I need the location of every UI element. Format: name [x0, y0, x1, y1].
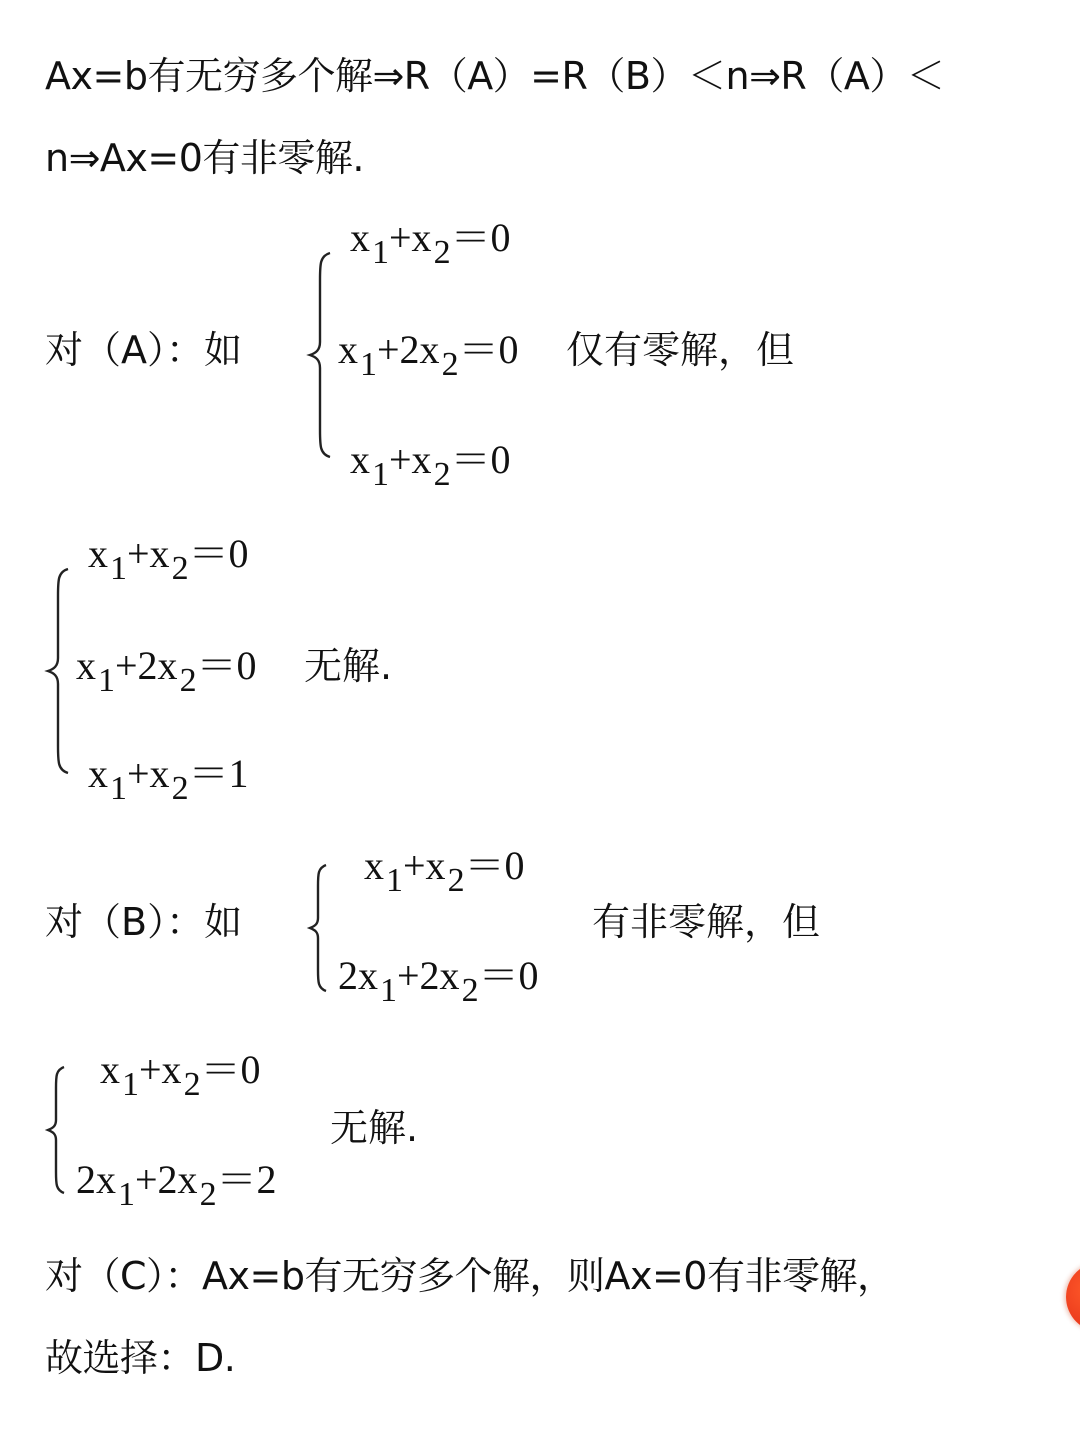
case-b-system2-eq1: x1+x2＝0 — [100, 1046, 261, 1094]
case-a-system1-eq2: x1+2x2＝0 — [338, 326, 519, 374]
case-a-system2-eq2: x1+2x2＝0 — [76, 642, 257, 690]
case-a-system2-eq1: x1+x2＝0 — [88, 530, 249, 578]
conclusion-text: 故选择：D. — [45, 1334, 235, 1382]
intro-line-2: n⇒Ax=0有非零解. — [45, 134, 364, 182]
case-b-system1-eq1: x1+x2＝0 — [364, 842, 525, 890]
case-b-system1-brace-icon — [306, 862, 330, 994]
case-c-text: 对（C）：Ax=b有无穷多个解，则Ax=0有非零解， — [45, 1252, 894, 1300]
case-b-system1-suffix: 有非零解，但 — [592, 898, 820, 946]
case-a-system2-suffix: 无解. — [304, 642, 392, 690]
case-b-system2-eq2: 2x1+2x2＝2 — [76, 1156, 277, 1204]
intro-line-1: Ax=b有无穷多个解⇒R（A）=R（B）＜n⇒R（A）＜ — [45, 52, 944, 100]
case-a-prefix: 对（A）：如 — [45, 326, 242, 374]
case-a-system1-eq3: x1+x2＝0 — [350, 436, 511, 484]
case-a-system2-brace-icon — [44, 566, 72, 776]
floating-action-button[interactable] — [1066, 1262, 1080, 1332]
case-b-system1-eq2: 2x1+2x2＝0 — [338, 952, 539, 1000]
case-b-system2-brace-icon — [44, 1064, 68, 1196]
case-b-system2-suffix: 无解. — [330, 1104, 418, 1152]
case-a-system1-eq1: x1+x2＝0 — [350, 214, 511, 262]
case-a-system1-brace-icon — [306, 250, 334, 460]
case-a-system1-suffix: 仅有零解，但 — [566, 326, 794, 374]
case-a-system2-eq3: x1+x2＝1 — [88, 750, 249, 798]
case-b-prefix: 对（B）：如 — [45, 898, 242, 946]
